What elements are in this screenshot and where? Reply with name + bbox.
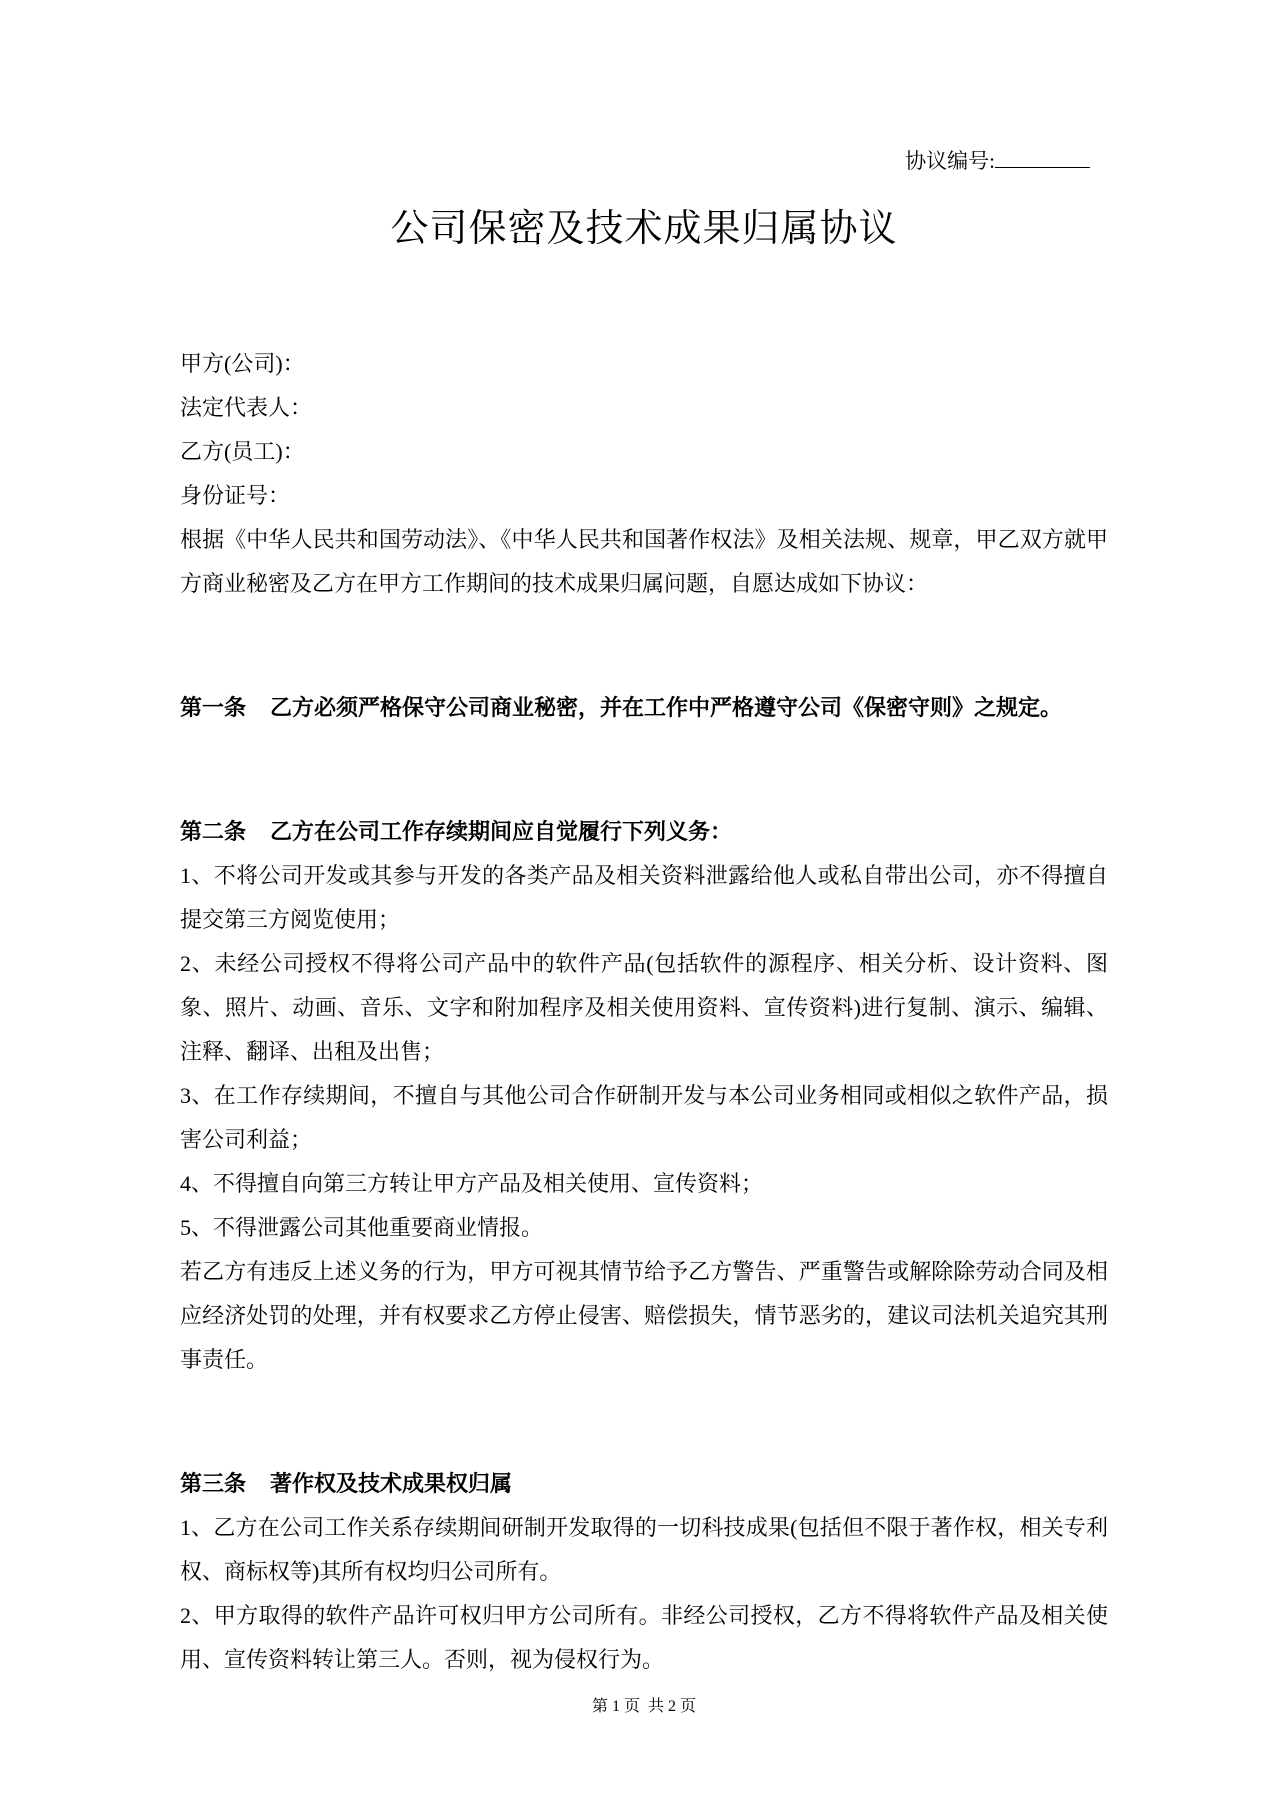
- article-item: 1、乙方在公司工作关系存续期间研制开发取得的一切科技成果(包括但不限于著作权，相…: [180, 1506, 1108, 1594]
- article-heading: 第二条乙方在公司工作存续期间应自觉履行下列义务：: [180, 810, 1108, 854]
- articles-container: 第一条乙方必须严格保守公司商业秘密，并在工作中严格遵守公司《保密守则》之规定。第…: [180, 686, 1108, 1682]
- article-title: 著作权及技术成果权归属: [270, 1471, 512, 1496]
- article-item: 1、不将公司开发或其参与开发的各类产品及相关资料泄露给他人或私自带出公司，亦不得…: [180, 854, 1108, 942]
- party-fields: 甲方(公司)：法定代表人：乙方(员工)：身份证号：: [180, 342, 1108, 518]
- agreement-number-blank-underline[interactable]: [995, 145, 1090, 168]
- article-number: 第一条: [180, 695, 246, 720]
- article-3: 第三条著作权及技术成果权归属1、乙方在公司工作关系存续期间研制开发取得的一切科技…: [180, 1462, 1108, 1682]
- article-item: 2、甲方取得的软件产品许可权归甲方公司所有。非经公司授权，乙方不得将软件产品及相…: [180, 1594, 1108, 1682]
- article-number: 第二条: [180, 819, 246, 844]
- article-title: 乙方必须严格保守公司商业秘密，并在工作中严格遵守公司《保密守则》之规定。: [270, 695, 1062, 720]
- article-2: 第二条乙方在公司工作存续期间应自觉履行下列义务：1、不将公司开发或其参与开发的各…: [180, 810, 1108, 1382]
- article-number: 第三条: [180, 1471, 246, 1496]
- agreement-number-line: 协议编号:: [180, 145, 1108, 174]
- party-field-3: 身份证号：: [180, 474, 1108, 518]
- article-item: 4、不得擅自向第三方转让甲方产品及相关使用、宣传资料；: [180, 1162, 1108, 1206]
- article-heading: 第一条乙方必须严格保守公司商业秘密，并在工作中严格遵守公司《保密守则》之规定。: [180, 686, 1108, 730]
- page-title: 公司保密及技术成果归属协议: [180, 206, 1108, 254]
- page-footer: 第 1 页 共 2 页: [180, 1696, 1108, 1718]
- party-field-2: 乙方(员工)：: [180, 430, 1108, 474]
- article-item: 5、不得泄露公司其他重要商业情报。: [180, 1206, 1108, 1250]
- article-1: 第一条乙方必须严格保守公司商业秘密，并在工作中严格遵守公司《保密守则》之规定。: [180, 686, 1108, 730]
- article-title: 乙方在公司工作存续期间应自觉履行下列义务：: [270, 819, 732, 844]
- article-item: 2、未经公司授权不得将公司产品中的软件产品(包括软件的源程序、相关分析、设计资料…: [180, 942, 1108, 1074]
- preamble-paragraph: 根据《中华人民共和国劳动法》、《中华人民共和国著作权法》及相关法规、规章，甲乙双…: [180, 518, 1108, 606]
- article-item: 若乙方有违反上述义务的行为，甲方可视其情节给予乙方警告、严重警告或解除除劳动合同…: [180, 1250, 1108, 1382]
- party-field-1: 法定代表人：: [180, 386, 1108, 430]
- article-heading: 第三条著作权及技术成果权归属: [180, 1462, 1108, 1506]
- agreement-number-label: 协议编号:: [905, 149, 995, 173]
- article-item: 3、在工作存续期间，不擅自与其他公司合作研制开发与本公司业务相同或相似之软件产品…: [180, 1074, 1108, 1162]
- party-field-0: 甲方(公司)：: [180, 342, 1108, 386]
- document-page: 协议编号: 公司保密及技术成果归属协议 甲方(公司)：法定代表人：乙方(员工)：…: [0, 0, 1280, 1810]
